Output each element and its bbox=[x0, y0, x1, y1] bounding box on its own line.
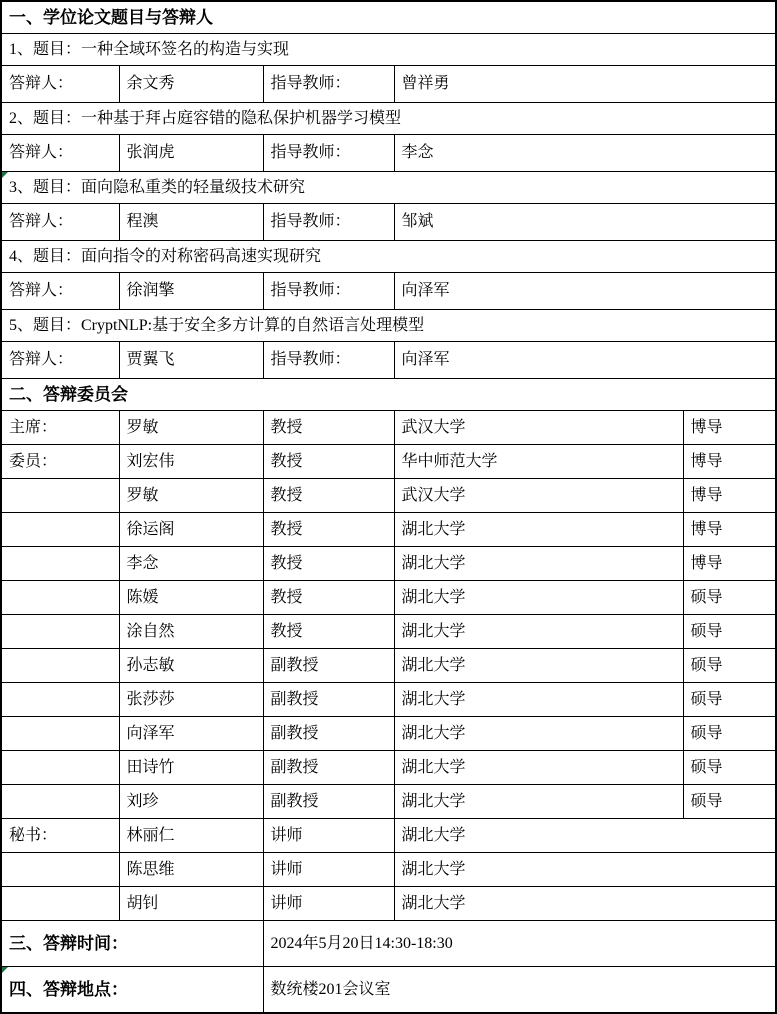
thesis-defender-row: 答辩人： 程澳 指导教师： 邹斌 bbox=[1, 204, 776, 241]
committee-qualification: 硕导 bbox=[683, 683, 776, 717]
defense-location-label-text: 四、答辩地点： bbox=[9, 980, 128, 999]
committee-name: 林丽仁 bbox=[119, 819, 263, 853]
thesis-topic-row: 1、题目：一种全域环签名的构造与实现 bbox=[1, 34, 776, 66]
thesis-topic-row: 2、题目：一种基于拜占庭容错的隐私保护机器学习模型 bbox=[1, 103, 776, 135]
committee-affiliation: 湖北大学 bbox=[394, 615, 683, 649]
committee-role bbox=[1, 853, 119, 887]
committee-row: 陈媛 教授 湖北大学 硕导 bbox=[1, 581, 776, 615]
committee-affiliation: 华中师范大学 bbox=[394, 445, 683, 479]
advisor-name-5: 向泽军 bbox=[394, 342, 776, 379]
committee-qualification: 博导 bbox=[683, 411, 776, 445]
committee-qualification: 硕导 bbox=[683, 751, 776, 785]
defender-label: 答辩人： bbox=[1, 204, 119, 241]
defense-time-value: 2024年5月20日14:30-18:30 bbox=[263, 921, 776, 967]
committee-affiliation: 湖北大学 bbox=[394, 649, 683, 683]
defense-location-label: 四、答辩地点： bbox=[1, 967, 263, 1014]
defender-name-5: 贾翼飞 bbox=[119, 342, 263, 379]
committee-row: 张莎莎 副教授 湖北大学 硕导 bbox=[1, 683, 776, 717]
committee-row: 主席： 罗敏 教授 武汉大学 博导 bbox=[1, 411, 776, 445]
committee-affiliation: 湖北大学 bbox=[394, 819, 776, 853]
thesis-topic-row: 3、题目：面向隐私重类的轻量级技术研究 bbox=[1, 172, 776, 204]
secretary-row: 陈思维 讲师 湖北大学 bbox=[1, 853, 776, 887]
committee-role bbox=[1, 751, 119, 785]
committee-title: 副教授 bbox=[263, 785, 394, 819]
committee-name: 罗敏 bbox=[119, 479, 263, 513]
committee-qualification: 硕导 bbox=[683, 717, 776, 751]
committee-name: 孙志敏 bbox=[119, 649, 263, 683]
committee-role bbox=[1, 683, 119, 717]
thesis-defender-row: 答辩人： 余文秀 指导教师： 曾祥勇 bbox=[1, 66, 776, 103]
excel-error-marker-icon bbox=[2, 172, 8, 178]
committee-qualification: 博导 bbox=[683, 513, 776, 547]
committee-affiliation: 湖北大学 bbox=[394, 785, 683, 819]
defender-label: 答辩人： bbox=[1, 135, 119, 172]
committee-name: 向泽军 bbox=[119, 717, 263, 751]
committee-affiliation: 武汉大学 bbox=[394, 479, 683, 513]
committee-role: 委员： bbox=[1, 445, 119, 479]
defense-table: 一、学位论文题目与答辩人 1、题目：一种全域环签名的构造与实现 答辩人： 余文秀… bbox=[0, 0, 777, 1014]
defender-label: 答辩人： bbox=[1, 273, 119, 310]
committee-name: 罗敏 bbox=[119, 411, 263, 445]
committee-name: 刘宏伟 bbox=[119, 445, 263, 479]
advisor-name-3: 邹斌 bbox=[394, 204, 776, 241]
committee-title: 教授 bbox=[263, 581, 394, 615]
advisor-name-4: 向泽军 bbox=[394, 273, 776, 310]
committee-role bbox=[1, 649, 119, 683]
advisor-name-1: 曾祥勇 bbox=[394, 66, 776, 103]
advisor-label: 指导教师： bbox=[263, 273, 394, 310]
committee-qualification: 博导 bbox=[683, 445, 776, 479]
defense-schedule-sheet: 一、学位论文题目与答辩人 1、题目：一种全域环签名的构造与实现 答辩人： 余文秀… bbox=[0, 0, 777, 985]
section1-title: 一、学位论文题目与答辩人 bbox=[1, 1, 776, 34]
thesis-topic-row: 5、题目：CryptNLP:基于安全多方计算的自然语言处理模型 bbox=[1, 310, 776, 342]
committee-title: 副教授 bbox=[263, 683, 394, 717]
committee-qualification: 硕导 bbox=[683, 785, 776, 819]
committee-title: 教授 bbox=[263, 615, 394, 649]
thesis-topic-3: 3、题目：面向隐私重类的轻量级技术研究 bbox=[1, 172, 776, 204]
committee-role bbox=[1, 887, 119, 921]
advisor-name-2: 李念 bbox=[394, 135, 776, 172]
committee-name: 张莎莎 bbox=[119, 683, 263, 717]
committee-row: 田诗竹 副教授 湖北大学 硕导 bbox=[1, 751, 776, 785]
committee-row: 涂自然 教授 湖北大学 硕导 bbox=[1, 615, 776, 649]
committee-title: 教授 bbox=[263, 513, 394, 547]
advisor-label: 指导教师： bbox=[263, 204, 394, 241]
section2-title: 二、答辩委员会 bbox=[1, 379, 776, 411]
committee-role bbox=[1, 615, 119, 649]
defense-location-row: 四、答辩地点： 数统楼201会议室 bbox=[1, 967, 776, 1014]
committee-title: 副教授 bbox=[263, 751, 394, 785]
thesis-defender-row: 答辩人： 徐润擎 指导教师： 向泽军 bbox=[1, 273, 776, 310]
committee-title: 教授 bbox=[263, 445, 394, 479]
section2-header-row: 二、答辩委员会 bbox=[1, 379, 776, 411]
defense-time-label: 三、答辩时间： bbox=[1, 921, 263, 967]
committee-title: 讲师 bbox=[263, 819, 394, 853]
committee-affiliation: 武汉大学 bbox=[394, 411, 683, 445]
committee-name: 徐运阁 bbox=[119, 513, 263, 547]
committee-role: 秘书： bbox=[1, 819, 119, 853]
committee-name: 涂自然 bbox=[119, 615, 263, 649]
committee-qualification: 硕导 bbox=[683, 615, 776, 649]
committee-name: 陈媛 bbox=[119, 581, 263, 615]
committee-affiliation: 湖北大学 bbox=[394, 887, 776, 921]
committee-name: 李念 bbox=[119, 547, 263, 581]
committee-role bbox=[1, 785, 119, 819]
committee-row: 徐运阁 教授 湖北大学 博导 bbox=[1, 513, 776, 547]
committee-affiliation: 湖北大学 bbox=[394, 547, 683, 581]
committee-name: 刘珍 bbox=[119, 785, 263, 819]
committee-role bbox=[1, 717, 119, 751]
committee-role bbox=[1, 513, 119, 547]
defender-label: 答辩人： bbox=[1, 66, 119, 103]
thesis-defender-row: 答辩人： 张润虎 指导教师： 李念 bbox=[1, 135, 776, 172]
thesis-defender-row: 答辩人： 贾翼飞 指导教师： 向泽军 bbox=[1, 342, 776, 379]
committee-row: 委员： 刘宏伟 教授 华中师范大学 博导 bbox=[1, 445, 776, 479]
defender-name-3: 程澳 bbox=[119, 204, 263, 241]
thesis-topic-3-text: 3、题目：面向隐私重类的轻量级技术研究 bbox=[9, 179, 305, 196]
committee-row: 刘珍 副教授 湖北大学 硕导 bbox=[1, 785, 776, 819]
thesis-topic-row: 4、题目：面向指令的对称密码高速实现研究 bbox=[1, 241, 776, 273]
committee-qualification: 硕导 bbox=[683, 649, 776, 683]
secretary-row: 胡钊 讲师 湖北大学 bbox=[1, 887, 776, 921]
committee-qualification: 硕导 bbox=[683, 581, 776, 615]
thesis-topic-5: 5、题目：CryptNLP:基于安全多方计算的自然语言处理模型 bbox=[1, 310, 776, 342]
defender-name-2: 张润虎 bbox=[119, 135, 263, 172]
committee-row: 向泽军 副教授 湖北大学 硕导 bbox=[1, 717, 776, 751]
committee-role: 主席： bbox=[1, 411, 119, 445]
advisor-label: 指导教师： bbox=[263, 135, 394, 172]
committee-qualification: 博导 bbox=[683, 479, 776, 513]
thesis-topic-1: 1、题目：一种全域环签名的构造与实现 bbox=[1, 34, 776, 66]
defense-time-row: 三、答辩时间： 2024年5月20日14:30-18:30 bbox=[1, 921, 776, 967]
committee-affiliation: 湖北大学 bbox=[394, 513, 683, 547]
defender-label: 答辩人： bbox=[1, 342, 119, 379]
thesis-topic-4: 4、题目：面向指令的对称密码高速实现研究 bbox=[1, 241, 776, 273]
committee-role bbox=[1, 479, 119, 513]
section1-header-row: 一、学位论文题目与答辩人 bbox=[1, 1, 776, 34]
committee-affiliation: 湖北大学 bbox=[394, 853, 776, 887]
committee-row: 罗敏 教授 武汉大学 博导 bbox=[1, 479, 776, 513]
committee-qualification: 博导 bbox=[683, 547, 776, 581]
committee-name: 田诗竹 bbox=[119, 751, 263, 785]
committee-role bbox=[1, 547, 119, 581]
advisor-label: 指导教师： bbox=[263, 342, 394, 379]
secretary-row: 秘书： 林丽仁 讲师 湖北大学 bbox=[1, 819, 776, 853]
committee-affiliation: 湖北大学 bbox=[394, 581, 683, 615]
committee-title: 教授 bbox=[263, 479, 394, 513]
thesis-topic-2: 2、题目：一种基于拜占庭容错的隐私保护机器学习模型 bbox=[1, 103, 776, 135]
defense-location-value: 数统楼201会议室 bbox=[263, 967, 776, 1014]
committee-affiliation: 湖北大学 bbox=[394, 683, 683, 717]
committee-role bbox=[1, 581, 119, 615]
committee-name: 胡钊 bbox=[119, 887, 263, 921]
defender-name-4: 徐润擎 bbox=[119, 273, 263, 310]
committee-title: 讲师 bbox=[263, 887, 394, 921]
committee-affiliation: 湖北大学 bbox=[394, 751, 683, 785]
committee-title: 教授 bbox=[263, 411, 394, 445]
committee-title: 副教授 bbox=[263, 717, 394, 751]
excel-error-marker-icon bbox=[2, 967, 8, 973]
committee-title: 讲师 bbox=[263, 853, 394, 887]
committee-name: 陈思维 bbox=[119, 853, 263, 887]
advisor-label: 指导教师： bbox=[263, 66, 394, 103]
committee-row: 李念 教授 湖北大学 博导 bbox=[1, 547, 776, 581]
committee-title: 副教授 bbox=[263, 649, 394, 683]
committee-row: 孙志敏 副教授 湖北大学 硕导 bbox=[1, 649, 776, 683]
defender-name-1: 余文秀 bbox=[119, 66, 263, 103]
committee-title: 教授 bbox=[263, 547, 394, 581]
committee-affiliation: 湖北大学 bbox=[394, 717, 683, 751]
